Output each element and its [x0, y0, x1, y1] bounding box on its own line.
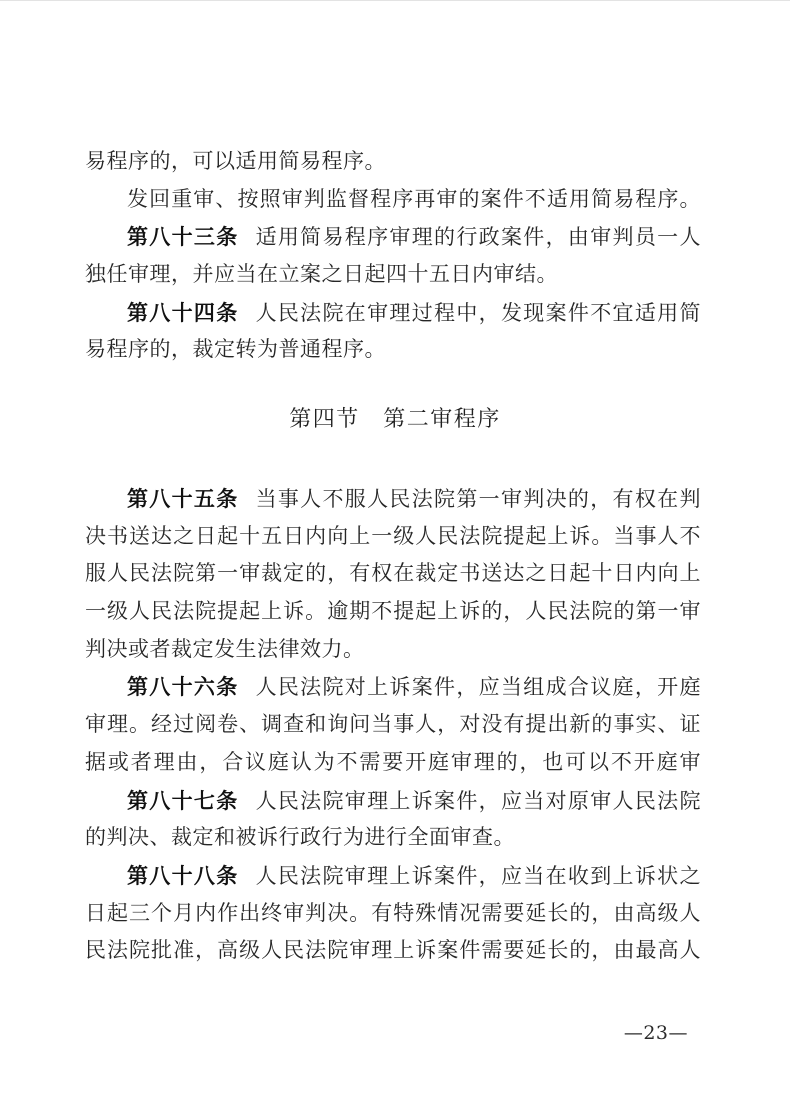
- line-text: 人民法院在审理过程中，发现案件不宜适用简: [256, 301, 701, 325]
- text-line: 第八十五条当事人不服人民法院第一审判决的，有权在判: [85, 480, 701, 518]
- text-line: 民法院批准，高级人民法院审理上诉案件需要延长的，由最高人: [85, 932, 701, 970]
- line-text: 一级人民法院提起上诉。逾期不提起上诉的，人民法院的第一审: [85, 599, 701, 623]
- line-text: 据或者理由，合议庭认为不需要开庭审理的，也可以不开庭审理。: [85, 750, 701, 782]
- line-text: 当事人不服人民法院第一审判决的，有权在判: [256, 487, 701, 511]
- line-text: 的判决、裁定和被诉行政行为进行全面审查。: [85, 825, 515, 849]
- text-line: 服人民法院第一审裁定的，有权在裁定书送达之日起十日内向上: [85, 555, 701, 593]
- text-line: 判决或者裁定发生法律效力。: [85, 631, 701, 669]
- line-text: 服人民法院第一审裁定的，有权在裁定书送达之日起十日内向上: [85, 561, 701, 585]
- text-line: 一级人民法院提起上诉。逾期不提起上诉的，人民法院的第一审: [85, 593, 701, 631]
- line-text: 民法院批准，高级人民法院审理上诉案件需要延长的，由最高人: [85, 938, 701, 962]
- article-number: 第八十八条: [127, 863, 256, 888]
- article-number: 第八十四条: [127, 300, 256, 325]
- text-line: 发回重审、按照审判监督程序再审的案件不适用简易程序。: [85, 181, 701, 219]
- article-number: 第八十七条: [127, 788, 256, 813]
- line-text: 审理。经过阅卷、调查和询问当事人，对没有提出新的事实、证: [85, 712, 701, 736]
- article-number: 第八十五条: [127, 486, 256, 511]
- text-line: 独任审理，并应当在立案之日起四十五日内审结。: [85, 256, 701, 294]
- line-text: 易程序的，裁定转为普通程序。: [85, 337, 386, 361]
- line-text: 易程序的，可以适用简易程序。: [85, 149, 386, 173]
- section-heading: 第四节 第二审程序: [0, 401, 790, 439]
- line-text: 决书送达之日起十五日内向上一级人民法院提起上诉。当事人不: [85, 524, 701, 548]
- text-line: 第八十四条人民法院在审理过程中，发现案件不宜适用简: [85, 294, 701, 332]
- text-line: 审理。经过阅卷、调查和询问当事人，对没有提出新的事实、证: [85, 706, 701, 744]
- line-text: 人民法院审理上诉案件，应当在收到上诉状之: [256, 864, 701, 888]
- text-line: 第八十六条人民法院对上诉案件，应当组成合议庭，开庭: [85, 668, 701, 706]
- text-line: 第八十三条适用简易程序审理的行政案件，由审判员一人: [85, 218, 701, 256]
- line-text: 人民法院审理上诉案件，应当对原审人民法院: [256, 789, 701, 813]
- line-text: 判决或者裁定发生法律效力。: [85, 637, 365, 661]
- line-text: 独任审理，并应当在立案之日起四十五日内审结。: [85, 262, 558, 286]
- body-text-block-1: 易程序的，可以适用简易程序。 发回重审、按照审判监督程序再审的案件不适用简易程序…: [85, 143, 701, 369]
- text-line: 第八十八条人民法院审理上诉案件，应当在收到上诉状之: [85, 857, 701, 895]
- article-number: 第八十六条: [127, 674, 256, 699]
- line-text: 发回重审、按照审判监督程序再审的案件不适用简易程序。: [127, 187, 701, 211]
- text-line: 日起三个月内作出终审判决。有特殊情况需要延长的，由高级人: [85, 895, 701, 933]
- text-line: 的判决、裁定和被诉行政行为进行全面审查。: [85, 819, 701, 857]
- document-page: 易程序的，可以适用简易程序。 发回重审、按照审判监督程序再审的案件不适用简易程序…: [0, 0, 790, 1119]
- body-text-block-2: 第八十五条当事人不服人民法院第一审判决的，有权在判 决书送达之日起十五日内向上一…: [85, 480, 701, 970]
- article-number: 第八十三条: [127, 224, 256, 249]
- text-line: 第八十七条人民法院审理上诉案件，应当对原审人民法院: [85, 782, 701, 820]
- page-number: —23—: [624, 1022, 688, 1044]
- text-line: 易程序的，裁定转为普通程序。: [85, 331, 701, 369]
- line-text: 人民法院对上诉案件，应当组成合议庭，开庭: [256, 675, 701, 699]
- text-line: 易程序的，可以适用简易程序。: [85, 143, 701, 181]
- line-text: 适用简易程序审理的行政案件，由审判员一人: [256, 225, 701, 249]
- line-text: 日起三个月内作出终审判决。有特殊情况需要延长的，由高级人: [85, 901, 701, 925]
- text-line: 据或者理由，合议庭认为不需要开庭审理的，也可以不开庭审理。: [85, 744, 701, 782]
- text-line: 决书送达之日起十五日内向上一级人民法院提起上诉。当事人不: [85, 518, 701, 556]
